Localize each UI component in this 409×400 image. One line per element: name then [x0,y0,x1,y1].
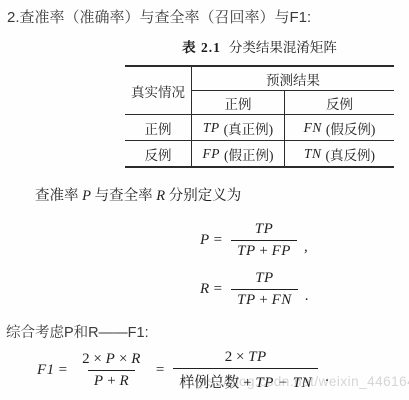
table-caption: 表 2.1分类结果混淆矩阵 [125,36,394,56]
table-group-header: 预测结果 [192,67,394,91]
den-tp: TP [237,292,256,308]
den-fn: FN [272,292,292,308]
equals-sign: = [214,281,222,298]
fn-description: (假反例) [326,118,376,138]
equals-sign: = [214,232,222,249]
f1-lhs: F1 [37,362,55,379]
tp-variable: TP [203,120,220,136]
definitions-intro-text: 查准率 P 与查全率 R 分别定义为 [35,184,241,205]
f1-formula: F1 = 2 × P × R P + R = 2 × TP 样例总数 + TP … [37,349,329,392]
table-cell-fp: FP(假正例) [192,141,285,166]
tp-minus-tn: TP − TN [255,375,312,391]
intro-text-2: 与查全率 [91,188,156,204]
intro-var-r: R [156,188,165,204]
table-row-header-negative: 反例 [125,141,192,166]
equals-sign: = [156,362,164,379]
recall-formula: R = TP TP + FN . [200,270,309,309]
table-cell-fn: FN(假反例) [285,115,394,141]
den-tp: TP [237,243,256,259]
section-heading: 2.查准率（准确率）与查全率（召回率）与F1: [7,6,311,27]
var-tp: TP [248,349,267,365]
intro-var-p: P [82,188,91,204]
plus-sign: + [104,373,120,389]
table-col-header-negative: 反例 [285,91,394,115]
den-fp: FP [272,243,291,259]
f1-intro-text: 综合考虑P和R——F1: [6,321,149,342]
table-corner-header: 真实情况 [125,67,192,115]
var-p: P [94,373,104,389]
tp-description: (真正例) [224,118,274,138]
table-cell-tp: TP(真正例) [192,115,285,141]
fp-description: (假正例) [224,144,274,164]
f1-frac1-denominator: P + R [88,370,135,390]
intro-text-1: 查准率 [35,188,82,204]
comma-punctuation: , [304,239,308,256]
plus-sign: + [256,243,272,259]
plus-sign: + [256,292,272,308]
equals-sign: = [59,362,67,379]
recall-lhs: R [200,281,210,298]
table-caption-title: 分类结果混淆矩阵 [229,40,337,55]
tn-description: (真反例) [326,144,376,164]
var-r: R [120,373,130,389]
tn-variable: TN [304,146,322,162]
recall-denominator: TP + FN [231,289,298,309]
period-punctuation: . [305,288,309,305]
table-row-header-positive: 正例 [125,115,192,141]
f1-fraction-tp: 2 × TP 样例总数 + TP − TN [173,349,318,392]
f1-frac1-numerator: 2 × P × R [76,351,147,370]
f1-fraction-pr: 2 × P × R P + R [76,351,147,390]
table-col-header-positive: 正例 [192,91,285,115]
f1-frac2-denominator: 样例总数 + TP − TN [173,368,318,392]
period-punctuation: . [325,369,329,386]
recall-fraction: TP TP + FN [231,270,298,309]
two-times: 2 × [225,349,248,365]
fn-variable: FN [304,120,322,136]
total-samples-text: 样例总数 + [179,375,255,391]
recall-numerator: TP [249,270,280,289]
precision-fraction: TP TP + FP [231,221,297,260]
times-sign: × [115,351,131,367]
precision-numerator: TP [249,221,280,240]
precision-denominator: TP + FP [231,240,297,260]
f1-frac2-numerator: 2 × TP [219,349,273,368]
precision-lhs: P [200,232,210,249]
table-cell-tn: TN(真反例) [285,141,394,166]
table-caption-number: 表 2.1 [182,40,221,55]
fp-variable: FP [203,146,221,162]
var-r: R [131,351,141,367]
precision-formula: P = TP TP + FP , [200,221,308,260]
var-p: P [106,351,116,367]
two-times: 2 × [82,351,105,367]
intro-text-3: 分别定义为 [165,188,241,204]
confusion-matrix-table: 真实情况 预测结果 正例 反例 正例 TP(真正例) FN(假反例) 反例 FP… [125,65,394,168]
